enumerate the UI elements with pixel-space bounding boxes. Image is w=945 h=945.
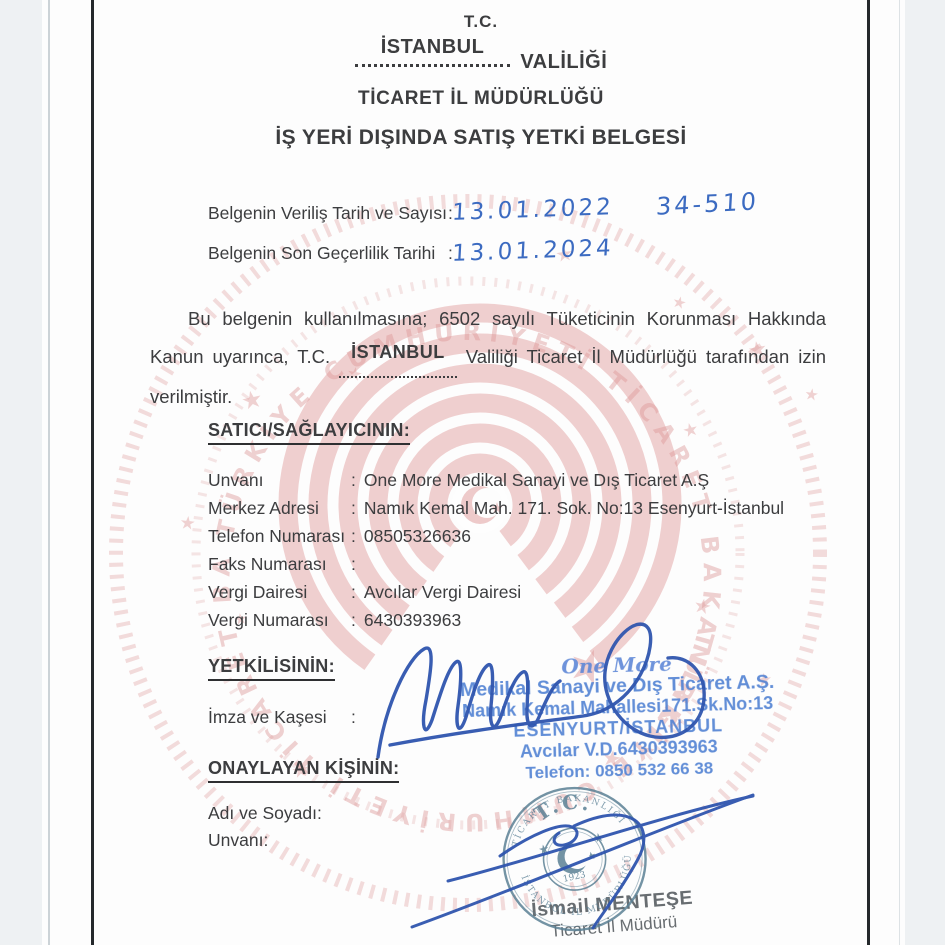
seller-row-adres: Merkez Adresi : Namık Kemal Mah. 171. So… xyxy=(208,498,784,519)
issue-date-row: Belgenin Veriliş Tarih ve Sayısı : xyxy=(208,203,453,224)
issue-date-label: Belgenin Veriliş Tarih ve Sayısı xyxy=(208,203,448,224)
colon: : xyxy=(351,526,356,547)
province-dotted-field: İSTANBUL xyxy=(355,40,511,67)
row-value: 08505326636 xyxy=(364,526,471,547)
header-directorate: TİCARET İL MÜDÜRLÜĞÜ xyxy=(93,88,869,110)
page-edge-line-right-faint xyxy=(899,0,900,945)
paragraph-line2: Kanun uyarınca, T.C. İSTANBUL Valiliği T… xyxy=(150,338,826,378)
permission-paragraph: Bu belgenin kullanılmasına; 6502 sayılı … xyxy=(150,300,826,416)
star-icon: ★ xyxy=(592,830,605,846)
expiry-date-row: Belgenin Son Geçerlilik Tarihi : xyxy=(208,243,453,264)
expiry-date-label: Belgenin Son Geçerlilik Tarihi xyxy=(208,243,448,264)
row-value: Namık Kemal Mah. 171. Sok. No:13 Esenyur… xyxy=(364,498,784,519)
company-stamp-imprint: One More Medikal Sanayi ve Dış Ticaret A… xyxy=(406,650,829,787)
paragraph-line2-pre: Kanun uyarınca, T.C. xyxy=(150,346,330,367)
document-title: İŞ YERİ DIŞINDA SATIŞ YETKİ BELGESİ xyxy=(93,126,869,150)
colon: : xyxy=(351,582,356,603)
row-label: Telefon Numarası xyxy=(208,526,351,547)
row-label: Faks Numarası xyxy=(208,554,351,575)
row-value: One More Medikal Sanayi ve Dış Ticaret A… xyxy=(364,470,709,491)
row-value: 6430393963 xyxy=(364,610,461,631)
seller-section-heading: SATICI/SAĞLAYICININ: xyxy=(208,420,410,445)
round-stamp-crescent xyxy=(555,840,593,876)
governorship-label: VALİLİĞİ xyxy=(520,51,607,74)
row-label: İmza ve Kaşesi xyxy=(208,707,351,728)
paragraph-line2-post: Valiliği Ticaret İl Müdürlüğü tarafından… xyxy=(466,346,826,367)
approver-section-heading: ONAYLAYAN KİŞİNİN: xyxy=(208,758,399,783)
scan-margin-right xyxy=(905,0,945,945)
seller-row-telefon: Telefon Numarası : 08505326636 xyxy=(208,526,471,547)
paragraph-line1: Bu belgenin kullanılmasına; 6502 sayılı … xyxy=(150,300,826,338)
colon: : xyxy=(351,554,356,575)
row-label: Vergi Numarası xyxy=(208,610,351,631)
paragraph-line3: verilmiştir. xyxy=(150,378,826,416)
page-edge-line-left-faint xyxy=(48,0,50,945)
row-label: Merkez Adresi xyxy=(208,498,351,519)
scanned-authorization-certificate: TÜRKİYE CUMHURİYETİ TİCARET BAKANLIĞI TÜ… xyxy=(0,0,945,945)
handwritten-document-number: 34-510 xyxy=(655,187,759,221)
approver-title-label: Unvanı: xyxy=(208,830,268,851)
header-tc: T.C. xyxy=(93,12,869,32)
province-name: İSTANBUL xyxy=(351,342,445,362)
official-section-heading: YETKİLİSİNİN: xyxy=(208,656,335,681)
seller-row-vergi-no: Vergi Numarası : 6430393963 xyxy=(208,610,461,631)
signature-stamp-row: İmza ve Kaşesi : xyxy=(208,707,356,728)
province-dotted-field: İSTANBUL xyxy=(339,338,457,378)
seller-row-vergi-dairesi: Vergi Dairesi : Avcılar Vergi Dairesi xyxy=(208,582,521,603)
seller-row-faks: Faks Numarası : xyxy=(208,554,364,575)
header-province-line: İSTANBUL VALİLİĞİ xyxy=(93,40,869,67)
official-round-stamp: T.C. TİCARET BAKANLIĞI İSTANBUL İL MÜDÜR… xyxy=(495,781,655,941)
approver-name-label: Adı ve Soyadı: xyxy=(208,803,322,824)
colon: : xyxy=(351,610,356,631)
colon: : xyxy=(351,498,356,519)
colon: : xyxy=(351,707,356,728)
scan-margin-left xyxy=(0,0,42,945)
seller-row-unvani: Unvanı : One More Medikal Sanayi ve Dış … xyxy=(208,470,709,491)
row-label: Vergi Dairesi xyxy=(208,582,351,603)
star-icon: ★ xyxy=(179,512,197,535)
province-name: İSTANBUL xyxy=(381,36,485,58)
colon: : xyxy=(351,470,356,491)
row-value: Avcılar Vergi Dairesi xyxy=(364,582,521,603)
row-label: Unvanı xyxy=(208,470,351,491)
